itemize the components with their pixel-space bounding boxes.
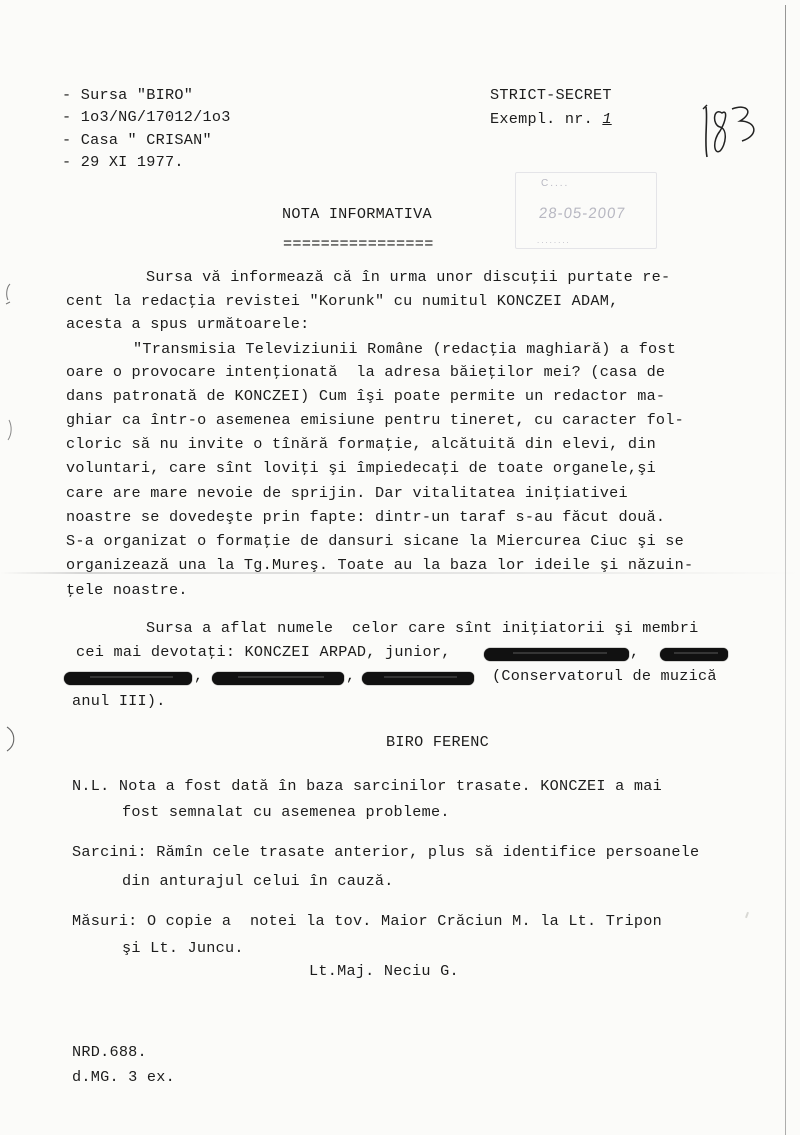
redaction-separator: , (346, 667, 355, 685)
note-nl-label: N.L. (72, 777, 109, 795)
document-page: - Sursa "BIRO" - 1o3/NG/17012/1o3 - Casa… (0, 0, 800, 1135)
body-line: oare o provocare intenţionată la adresa … (66, 363, 665, 381)
redaction-bar (362, 672, 474, 685)
source-signature: BIRO FERENC (386, 733, 489, 751)
body-line: (Conservatorul de muzică (492, 667, 717, 685)
redaction-bar (64, 672, 192, 685)
registry-number: NRD.688. (72, 1043, 147, 1061)
body-line: cent la redacţia revistei "Korunk" cu nu… (66, 292, 618, 310)
margin-mark (4, 725, 18, 753)
body-line: Sursa vă informează că în urma unor disc… (146, 268, 670, 286)
redaction-separator: , (194, 667, 203, 685)
note-masuri: Măsuri: O copie a notei la tov. Maior Cr… (72, 912, 662, 930)
copy-label: Exempl. nr. (490, 110, 593, 128)
note-masuri-label: Măsuri: (72, 912, 138, 930)
stamp-date: 28-05-2007 (538, 205, 627, 222)
scan-speck (745, 912, 749, 918)
redaction-bar (212, 672, 344, 685)
body-line: ţele noastre. (66, 581, 188, 599)
redaction-bar (484, 648, 629, 661)
copy-number-line: Exempl. nr.1 (490, 110, 621, 128)
body-line: noastre se dovedeşte prin fapte: dintr-u… (66, 508, 665, 526)
header-house: - Casa " CRISAN" (62, 131, 212, 149)
classification-label: STRICT-SECRET (490, 86, 612, 104)
note-masuri-line2: şi Lt. Juncu. (122, 939, 244, 957)
title-underline: ================ (283, 235, 434, 253)
body-line: care are mare nevoie de sprijin. Dar vit… (66, 484, 628, 502)
scan-edge-line (785, 5, 786, 1135)
body-line: cloric să nu invite o tînără formaţie, a… (66, 435, 656, 453)
body-line: cei mai devotaţi: KONCZEI ARPAD, junior, (76, 643, 451, 661)
body-line: "Transmisia Televiziunii Române (redacţi… (133, 340, 676, 358)
redaction-bar (660, 648, 728, 661)
redaction-separator: , (630, 643, 639, 661)
archive-stamp: C.... 28-05-2007 ........ (515, 172, 665, 254)
body-line: dans patronată de KONCZEI) Cum îşi poate… (66, 387, 665, 405)
note-nl: N.L. Nota a fost dată în baza sarcinilor… (72, 777, 662, 795)
body-line: S-a organizat o formaţie de dansuri sica… (66, 532, 684, 550)
note-sarcini-label: Sarcini: (72, 843, 147, 861)
distribution-note: d.MG. 3 ex. (72, 1068, 175, 1086)
copy-number: 1 (593, 110, 621, 128)
note-sarcini: Sarcini: Rămîn cele trasate anterior, pl… (72, 843, 699, 861)
document-title: NOTA INFORMATIVA (282, 205, 432, 223)
header-source: - Sursa "BIRO" (62, 86, 193, 104)
officer-signature: Lt.Maj. Neciu G. (309, 962, 459, 980)
note-sarcini-line2: din anturajul celui în cauză. (122, 872, 394, 890)
handwritten-page-number (698, 95, 768, 165)
margin-mark (4, 418, 14, 442)
note-nl-line2: fost semnalat cu asemenea probleme. (122, 803, 450, 821)
margin-mark (2, 282, 14, 308)
body-line: organizează una la Tg.Mureş. Toate au la… (66, 556, 693, 574)
body-line: Sursa a aflat numele celor care sînt ini… (146, 619, 698, 637)
body-line: anul III). (72, 692, 166, 710)
header-reference: - 1o3/NG/17012/1o3 (62, 108, 231, 126)
body-line: acesta a spus următoarele: (66, 315, 309, 333)
header-date: - 29 XI 1977. (62, 153, 184, 171)
body-line: ghiar ca într-o asemenea emisiune pentru… (66, 411, 684, 429)
body-line: voluntari, care sînt loviţi şi împiedeca… (66, 459, 656, 477)
